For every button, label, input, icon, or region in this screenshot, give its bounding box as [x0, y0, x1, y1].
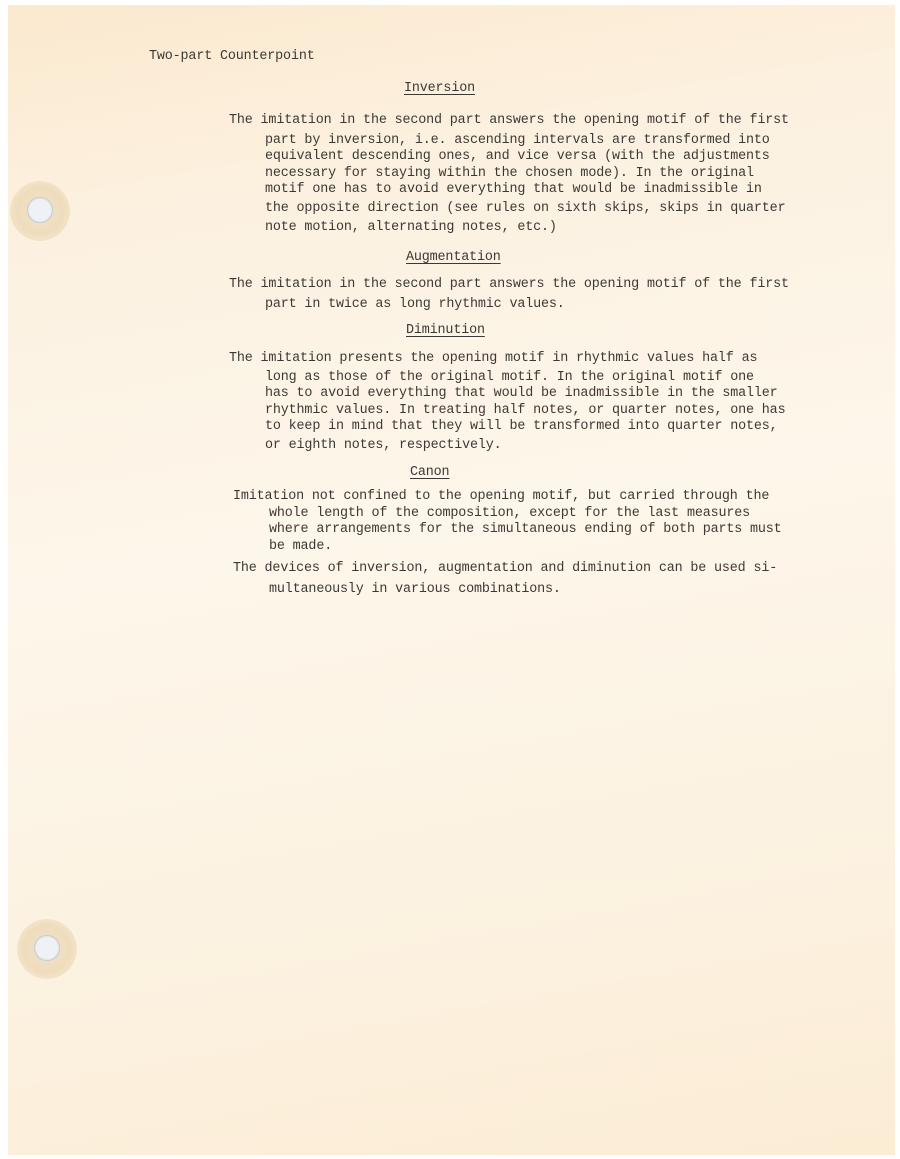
- paragraph-line: motif one has to avoid everything that w…: [229, 182, 859, 199]
- paragraph-augmentation: The imitation in the second part answers…: [229, 277, 859, 313]
- punch-hole-top: [10, 181, 70, 241]
- paragraph-line: note motion, alternating notes, etc.): [229, 220, 859, 237]
- paragraph-line: rhythmic values. In treating half notes,…: [229, 403, 859, 420]
- paragraph-line: has to avoid everything that would be in…: [229, 386, 859, 403]
- paragraph-line: part by inversion, i.e. ascending interv…: [229, 133, 859, 150]
- paragraph-line: be made.: [233, 539, 863, 556]
- paragraph-line: to keep in mind that they will be transf…: [229, 419, 859, 436]
- paragraph-line: or eighth notes, respectively.: [229, 438, 859, 455]
- paragraph-line: equivalent descending ones, and vice ver…: [229, 149, 859, 166]
- paragraph-line: the opposite direction (see rules on six…: [229, 201, 859, 218]
- section-heading-augmentation: Augmentation: [406, 250, 501, 265]
- paragraph-line: necessary for staying within the chosen …: [229, 166, 859, 183]
- punch-hole-bottom: [17, 919, 77, 979]
- running-head: Two-part Counterpoint: [149, 49, 315, 64]
- paragraph-combinations: The devices of inversion, augmentation a…: [233, 561, 863, 598]
- paragraph-line: where arrangements for the simultaneous …: [233, 522, 863, 539]
- paragraph-inversion: The imitation in the second part answers…: [229, 113, 859, 237]
- paragraph-diminution: The imitation presents the opening motif…: [229, 351, 859, 454]
- paragraph-line: Imitation not confined to the opening mo…: [233, 489, 863, 506]
- section-heading-inversion: Inversion: [404, 81, 475, 96]
- paragraph-line: multaneously in various combinations.: [233, 582, 863, 599]
- paragraph-line: The imitation in the second part answers…: [229, 113, 859, 130]
- hole-icon: [27, 197, 53, 223]
- section-heading-diminution: Diminution: [406, 323, 485, 338]
- paragraph-line: The imitation in the second part answers…: [229, 277, 859, 294]
- paragraph-line: whole length of the composition, except …: [233, 506, 863, 523]
- paragraph-line: long as those of the original motif. In …: [229, 370, 859, 387]
- hole-icon: [34, 935, 60, 961]
- paragraph-canon: Imitation not confined to the opening mo…: [233, 489, 863, 555]
- section-heading-canon: Canon: [410, 465, 449, 480]
- paragraph-line: part in twice as long rhythmic values.: [229, 297, 859, 314]
- paragraph-line: The devices of inversion, augmentation a…: [233, 561, 863, 578]
- paragraph-line: The imitation presents the opening motif…: [229, 351, 859, 368]
